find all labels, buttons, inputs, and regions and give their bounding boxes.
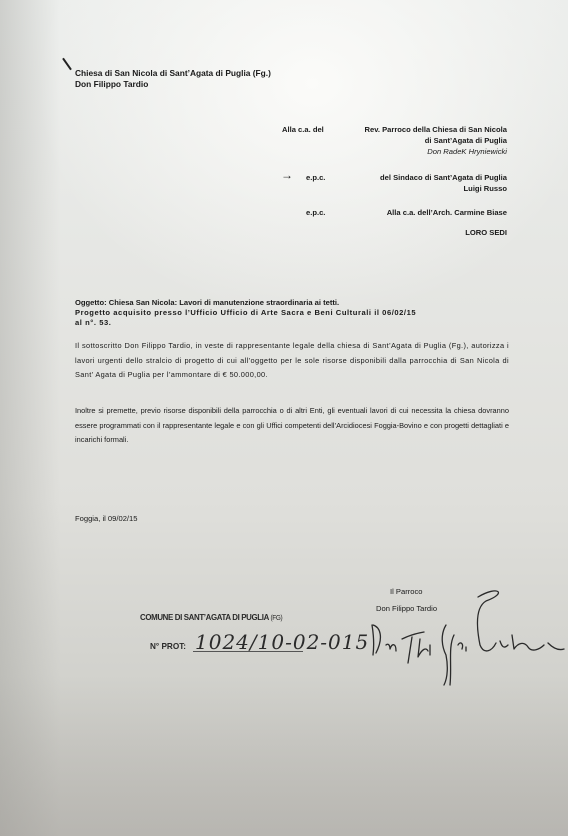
cc1-prefix: e.p.c. [306, 172, 325, 183]
cc1-name: Luigi Russo [380, 183, 507, 194]
sender-name: Don Filippo Tardio [75, 79, 271, 90]
sender-organization: Chiesa di San Nicola di Sant’Agata di Pu… [75, 68, 271, 79]
subject-block: Oggetto: Chiesa San Nicola: Lavori di ma… [75, 298, 509, 328]
closing-loro-sedi: LORO SEDI [465, 227, 507, 238]
pen-tick-mark [62, 58, 72, 71]
cc2-prefix: e.p.c. [306, 207, 325, 218]
cc1-line-1: del Sindaco di Sant’Agata di Puglia [380, 172, 507, 183]
municipal-stamp-title: COMUNE DI SANT’AGATA DI PUGLIA (FG) [140, 612, 282, 622]
subject-line-2: Progetto acquisito presso l’Ufficio Uffi… [75, 308, 509, 318]
letterhead: Chiesa di San Nicola di Sant’Agata di Pu… [75, 68, 271, 90]
arrow-right-icon: → [281, 170, 293, 180]
cc2-recipient: Alla c.a. dell’Arch. Carmine Biase [387, 207, 507, 218]
subject-line-3: al n°. 53. [75, 318, 509, 328]
body-paragraph-1: Il sottoscritto Don Filippo Tardio, in v… [75, 339, 509, 383]
handwritten-signature-icon [368, 585, 568, 695]
paper-shadow-bottom [0, 676, 568, 836]
stamp-province: (FG) [270, 615, 282, 622]
place-date: Foggia, il 09/02/15 [75, 514, 137, 523]
recipient-prefix: Alla c.a. del [282, 124, 324, 135]
subject-line-1: Oggetto: Chiesa San Nicola: Lavori di ma… [75, 298, 509, 308]
recipient-line-2: di Sant’Agata di Puglia [364, 135, 507, 146]
body-paragraph-2: Inoltre si premette, previo risorse disp… [75, 404, 509, 448]
recipient-name: Don RadeK Hryniewicki [364, 146, 507, 157]
stamp-municipality: COMUNE DI SANT’AGATA DI PUGLIA [140, 612, 269, 622]
protocol-label: N° PROT: [150, 642, 186, 651]
cc1-recipient: del Sindaco di Sant’Agata di Puglia Luig… [380, 172, 507, 194]
protocol-underline [193, 651, 303, 652]
recipient-primary: Rev. Parroco della Chiesa di San Nicola … [364, 124, 507, 157]
recipient-line-1: Rev. Parroco della Chiesa di San Nicola [364, 124, 507, 135]
